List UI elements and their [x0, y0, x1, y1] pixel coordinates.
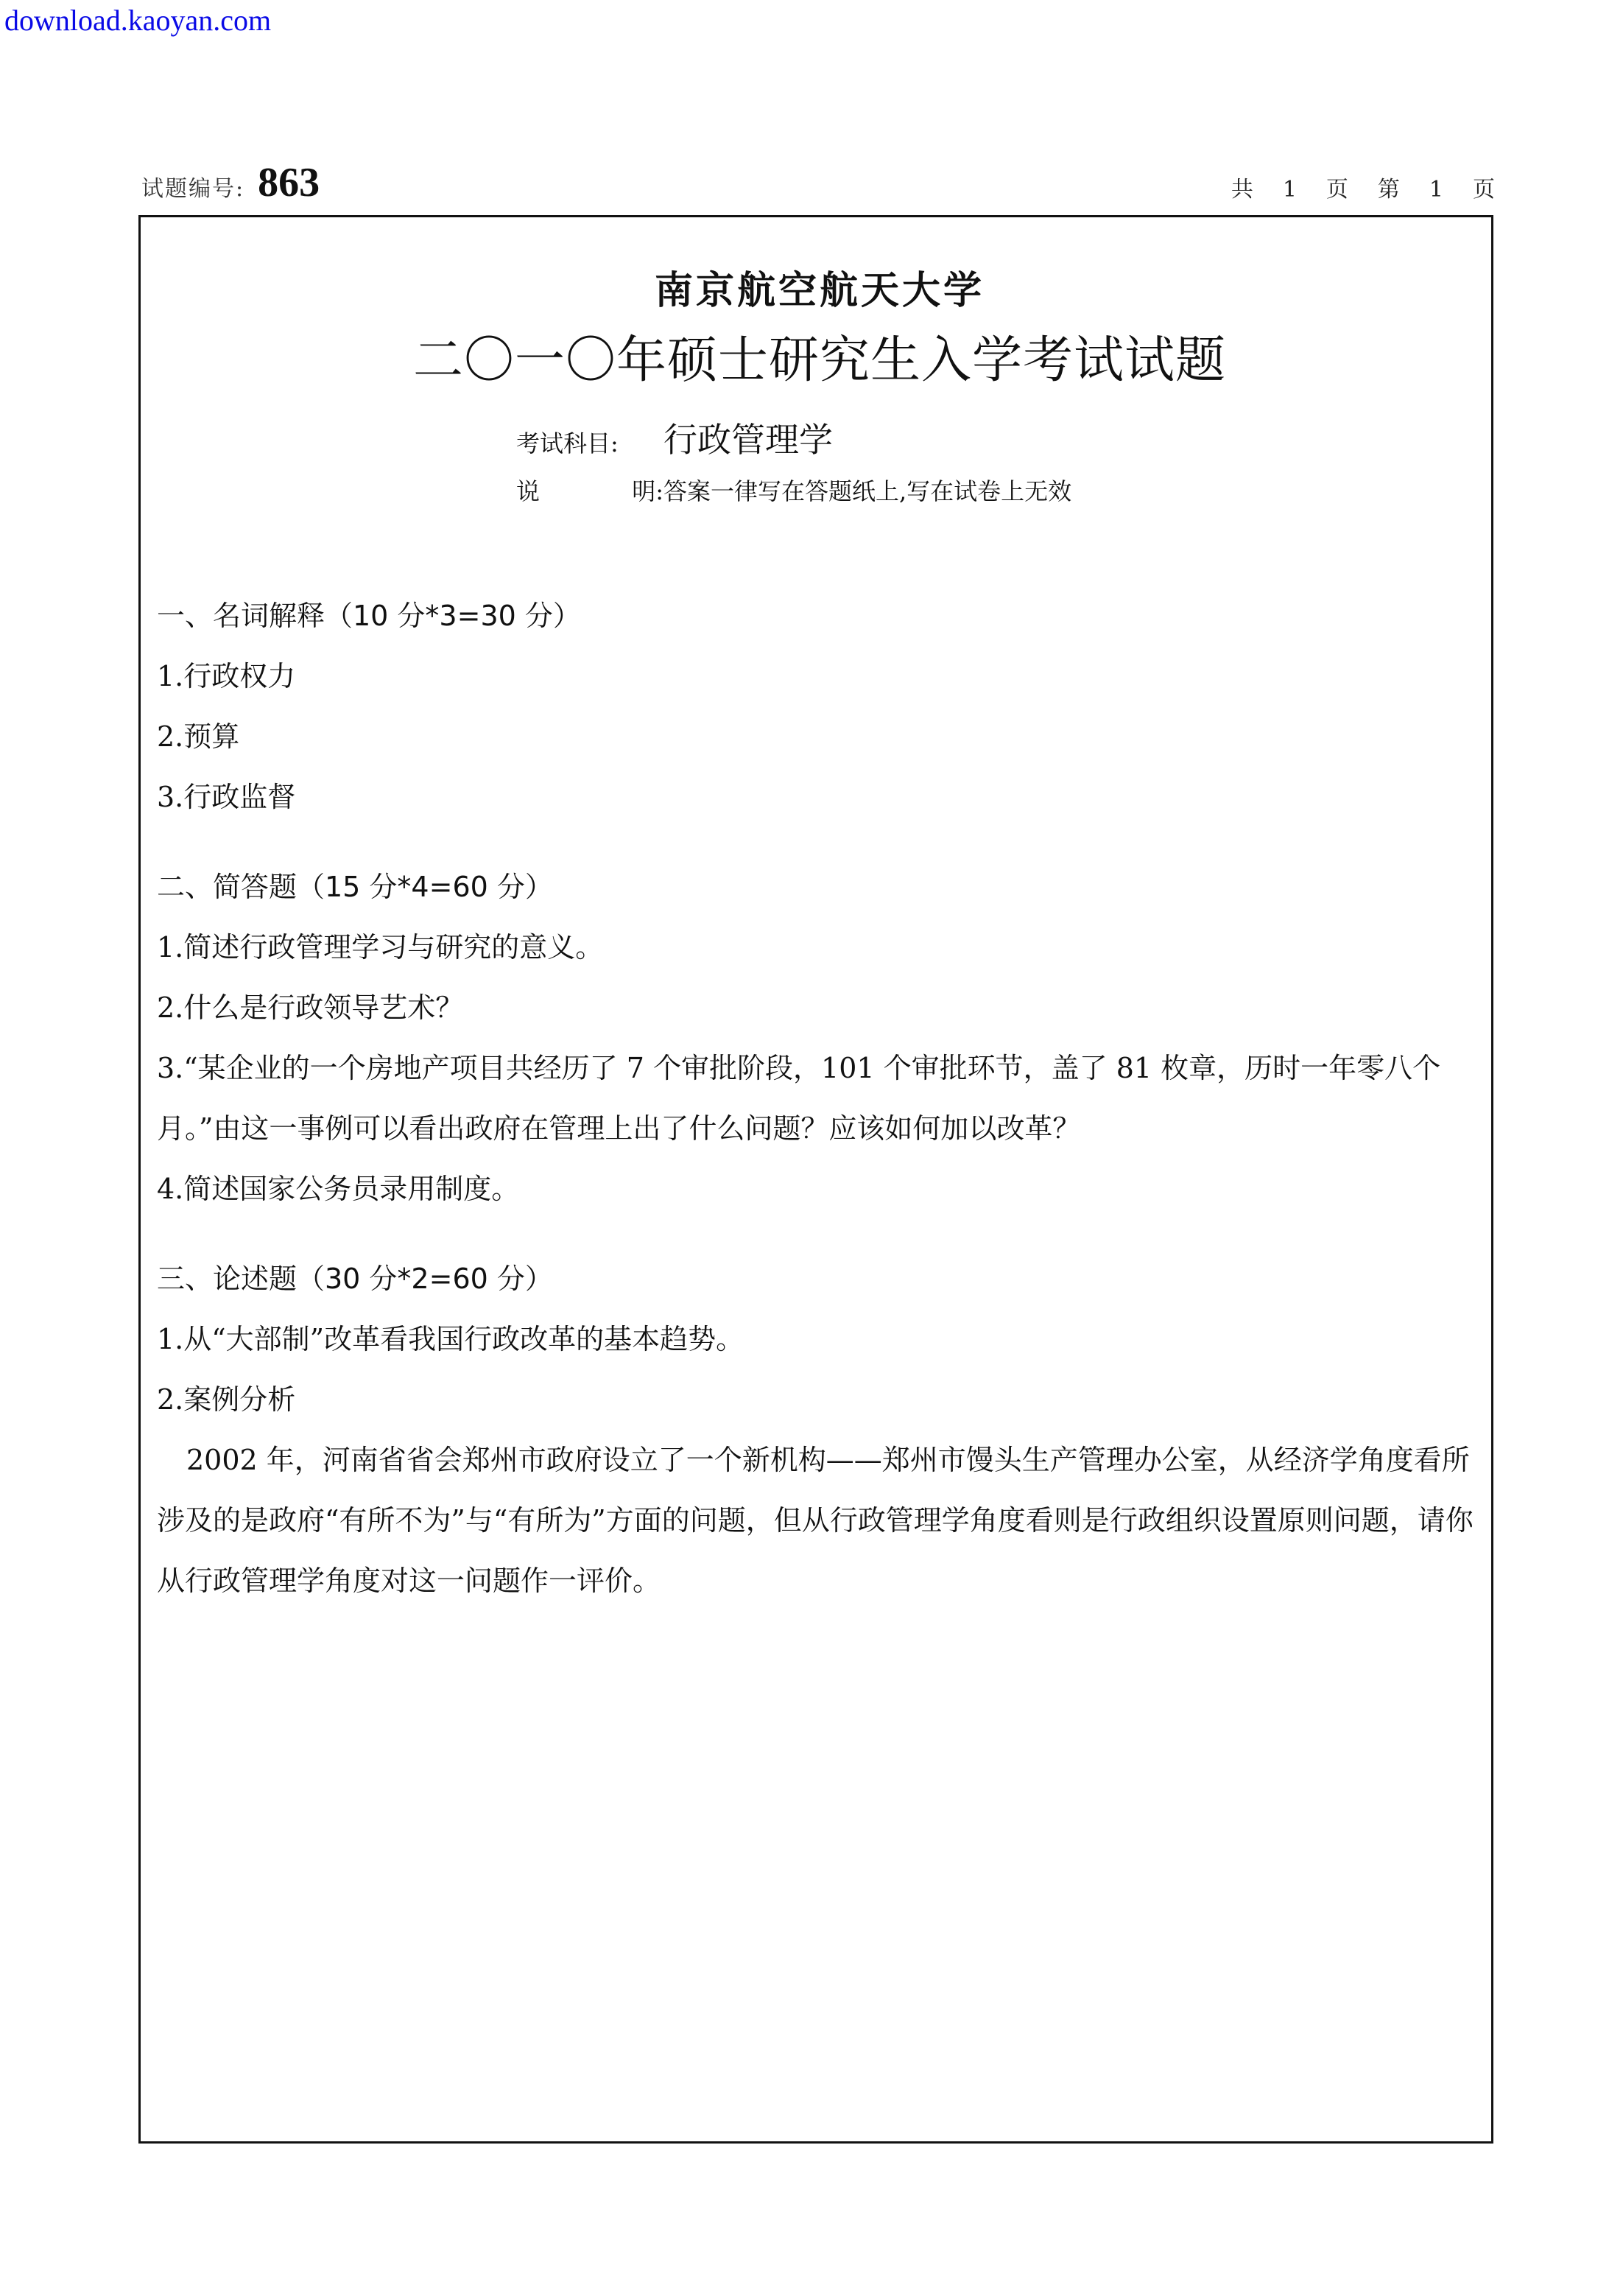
section-term-definitions: 一、名词解释（10 分*3=30 分） 1.行政权力 2.预算 3.行政监督: [157, 586, 1475, 827]
question-item: 1.行政权力: [157, 646, 1475, 706]
page-total-suffix: 页: [1326, 171, 1348, 203]
watermark-link[interactable]: download.kaoyan.com: [4, 3, 271, 38]
section-heading: 一、名词解释（10 分*3=30 分）: [157, 586, 1475, 646]
page-count: 共 1 页 第 1 页: [1231, 171, 1495, 203]
section-essay: 三、论述题（30 分*2=60 分） 1.从“大部制”改革看我国行政改革的基本趋…: [157, 1249, 1475, 1611]
page-total-prefix: 共: [1231, 171, 1253, 203]
title-block: 南京航空航天大学 二〇一〇年硕士研究生入学考试试题: [141, 261, 1491, 401]
section-heading: 三、论述题（30 分*2=60 分）: [157, 1249, 1475, 1309]
exam-code: 试题编号: 863: [141, 159, 320, 206]
page-current-prefix: 第: [1378, 171, 1400, 203]
note-value: 答案一律写在答题纸上,写在试卷上无效: [663, 469, 1071, 513]
note-label-b: 明:: [632, 473, 663, 507]
exam-code-label: 试题编号:: [141, 170, 244, 203]
subject-value: 行政管理学: [663, 410, 833, 469]
page-header: 试题编号: 863 共 1 页 第 1 页: [141, 164, 1495, 211]
page-current: 1: [1429, 177, 1443, 203]
note-label-a: 说: [516, 473, 540, 507]
question-item: 1.简述行政管理学习与研究的意义。: [157, 917, 1475, 977]
exam-content: 一、名词解释（10 分*3=30 分） 1.行政权力 2.预算 3.行政监督 二…: [157, 586, 1475, 1640]
exam-frame: 南京航空航天大学 二〇一〇年硕士研究生入学考试试题 考试科目: 行政管理学 说 …: [138, 215, 1493, 2144]
question-item: 2.案例分析: [157, 1369, 1475, 1430]
question-item: 2.预算: [157, 706, 1475, 767]
page-current-suffix: 页: [1473, 171, 1495, 203]
note-row: 说 明: 答案一律写在答题纸上,写在试卷上无效: [516, 469, 1071, 513]
question-item: 3.“某企业的一个房地产项目共经历了 7 个审批阶段，101 个审批环节，盖了 …: [157, 1038, 1475, 1159]
section-short-answer: 二、简答题（15 分*4=60 分） 1.简述行政管理学习与研究的意义。 2.什…: [157, 857, 1475, 1219]
question-item: 4.简述国家公务员录用制度。: [157, 1159, 1475, 1219]
exam-code-value: 863: [258, 159, 320, 206]
exam-title: 二〇一〇年硕士研究生入学考试试题: [148, 320, 1491, 401]
section-heading: 二、简答题（15 分*4=60 分）: [157, 857, 1475, 917]
page-total: 1: [1283, 177, 1297, 203]
exam-meta: 考试科目: 行政管理学 说 明: 答案一律写在答题纸上,写在试卷上无效: [516, 410, 1071, 513]
subject-row: 考试科目: 行政管理学: [516, 410, 1071, 469]
note-label: 说 明:: [516, 473, 663, 507]
question-item: 3.行政监督: [157, 767, 1475, 827]
question-item: 1.从“大部制”改革看我国行政改革的基本趋势。: [157, 1309, 1475, 1369]
subject-label: 考试科目:: [516, 425, 663, 459]
university-name: 南京航空航天大学: [148, 261, 1491, 320]
question-item: 2.什么是行政领导艺术？: [157, 977, 1475, 1038]
case-study-text: 2002 年，河南省省会郑州市政府设立了一个新机构——郑州市馒头生产管理办公室，…: [157, 1430, 1475, 1611]
